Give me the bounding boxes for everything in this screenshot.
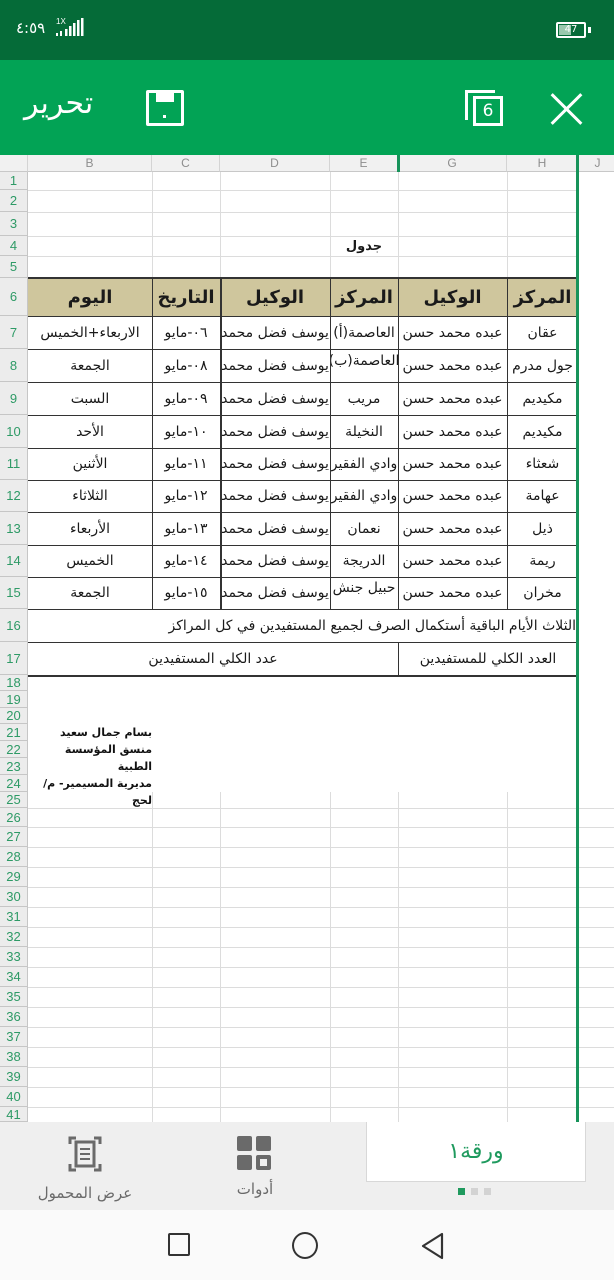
recents-icon[interactable] bbox=[168, 1233, 190, 1256]
table-cell[interactable]: ٠٨-مايو bbox=[152, 349, 220, 382]
table-cell[interactable]: يوسف فضل محمد bbox=[220, 577, 330, 609]
table-cell[interactable]: وادي الفقير bbox=[330, 480, 398, 512]
table-cell[interactable]: يوسف فضل محمد bbox=[220, 415, 330, 448]
table-cell[interactable]: النخيلة bbox=[330, 415, 398, 448]
table-cell[interactable]: يوسف فضل محمد bbox=[220, 382, 330, 415]
row-header[interactable]: 34 bbox=[0, 967, 28, 987]
row-header[interactable]: 23 bbox=[0, 758, 28, 775]
table-cell[interactable]: ١١-مايو bbox=[152, 448, 220, 480]
table-cell[interactable]: عبده محمد حسن bbox=[398, 577, 507, 609]
page-dot bbox=[484, 1188, 491, 1195]
clock: ٤:٥٩ bbox=[16, 19, 45, 37]
table-cell[interactable]: مخران bbox=[507, 577, 578, 609]
table-cell[interactable]: ١٣-مايو bbox=[152, 512, 220, 545]
row-header[interactable]: 19 bbox=[0, 691, 28, 708]
row-header[interactable]: 26 bbox=[0, 808, 28, 827]
signal-icon: 1X bbox=[54, 16, 86, 40]
total-beneficiaries-cell[interactable]: عدد الكلي المستفيدين bbox=[28, 642, 398, 675]
header-cell-center[interactable]: المركز bbox=[507, 278, 578, 316]
row-header[interactable]: 41 bbox=[0, 1107, 28, 1122]
table-cell[interactable]: يوسف فضل محمد bbox=[220, 545, 330, 577]
row-header[interactable]: 33 bbox=[0, 947, 28, 967]
table-cell[interactable]: عبده محمد حسن bbox=[398, 382, 507, 415]
table-cell[interactable]: ذيل bbox=[507, 512, 578, 545]
table-cell[interactable]: يوسف فضل محمد bbox=[220, 448, 330, 480]
app-toolbar: تحرير 6 bbox=[0, 60, 614, 155]
table-cell[interactable]: نعمان bbox=[330, 512, 398, 545]
row-header[interactable]: 3 bbox=[0, 212, 28, 236]
table-cell[interactable]: عبده محمد حسن bbox=[398, 349, 507, 382]
table-cell[interactable]: عقان bbox=[507, 316, 578, 349]
table-cell[interactable]: ٠٦-مايو bbox=[152, 316, 220, 349]
header-cell-agent[interactable]: الوكيل bbox=[398, 278, 507, 316]
mobile-view-button[interactable]: عرض المحمول bbox=[20, 1136, 150, 1202]
row-header[interactable]: 12 bbox=[0, 480, 28, 512]
sheet-title-cell[interactable]: جدول bbox=[330, 236, 398, 256]
close-icon[interactable] bbox=[548, 90, 584, 126]
home-icon[interactable] bbox=[292, 1232, 318, 1259]
table-cell[interactable]: وادي الفقير bbox=[330, 448, 398, 480]
battery-tip bbox=[588, 27, 591, 33]
column-header-g[interactable]: G bbox=[398, 155, 507, 172]
table-cell[interactable]: ١٤-مايو bbox=[152, 545, 220, 577]
table-cell[interactable]: الأحد bbox=[28, 415, 152, 448]
table-cell[interactable]: يوسف فضل محمد bbox=[220, 349, 330, 382]
table-cell[interactable]: العاصمة(ب) bbox=[330, 349, 398, 382]
row-header[interactable]: 1 bbox=[0, 172, 28, 190]
table-cell[interactable]: مكيديم bbox=[507, 415, 578, 448]
row-header[interactable]: 22 bbox=[0, 741, 28, 758]
row-header[interactable]: 21 bbox=[0, 724, 28, 741]
edit-button[interactable]: تحرير bbox=[24, 86, 93, 121]
column-header-c[interactable]: C bbox=[152, 155, 220, 172]
row-header[interactable]: 5 bbox=[0, 256, 28, 278]
row-header[interactable]: 31 bbox=[0, 907, 28, 927]
save-icon[interactable] bbox=[146, 90, 184, 126]
table-cell[interactable]: ١٢-مايو bbox=[152, 480, 220, 512]
table-cell[interactable]: عبده محمد حسن bbox=[398, 415, 507, 448]
battery-level: 47 bbox=[565, 24, 578, 35]
table-cell[interactable]: عهامة bbox=[507, 480, 578, 512]
table-cell[interactable]: ١٥-مايو bbox=[152, 577, 220, 609]
row-header[interactable]: 40 bbox=[0, 1087, 28, 1107]
signature-title: منسق المؤسسة الطبية bbox=[34, 741, 152, 775]
tabs-icon[interactable]: 6 bbox=[465, 90, 505, 128]
select-all-corner[interactable] bbox=[0, 155, 28, 172]
row-header[interactable]: 7 bbox=[0, 316, 28, 349]
bottom-bar: عرض المحمول أدوات ورقة١ bbox=[0, 1122, 614, 1210]
table-cell[interactable]: الجمعة bbox=[28, 349, 152, 382]
row-header[interactable]: 29 bbox=[0, 867, 28, 887]
row-header[interactable]: 4 bbox=[0, 236, 28, 256]
table-cell[interactable]: يوسف فضل محمد bbox=[220, 316, 330, 349]
table-cell[interactable]: عبده محمد حسن bbox=[398, 316, 507, 349]
column-header-j[interactable]: J bbox=[578, 155, 614, 172]
row-header[interactable]: 20 bbox=[0, 708, 28, 724]
status-bar: ٤:٥٩ 1X 47 bbox=[0, 0, 614, 60]
table-cell[interactable]: العاصمة(أ) bbox=[330, 316, 398, 349]
column-header-d[interactable]: D bbox=[220, 155, 330, 172]
svg-text:1X: 1X bbox=[56, 17, 66, 26]
note-cell[interactable]: الثلاث الأيام الباقية أستكمال الصرف لجمي… bbox=[28, 609, 578, 642]
open-tabs-count: 6 bbox=[473, 96, 503, 126]
table-cell[interactable]: الجمعة bbox=[28, 577, 152, 609]
table-cell[interactable]: شعثاء bbox=[507, 448, 578, 480]
row-header[interactable]: 14 bbox=[0, 545, 28, 577]
freeze-marker bbox=[397, 155, 400, 172]
table-cell[interactable]: الدريجة bbox=[330, 545, 398, 577]
tools-label: أدوات bbox=[190, 1180, 320, 1198]
page-dot-active bbox=[458, 1188, 465, 1195]
mobile-view-icon bbox=[68, 1136, 102, 1172]
table-cell[interactable]: عبده محمد حسن bbox=[398, 512, 507, 545]
column-header-h[interactable]: H bbox=[507, 155, 578, 172]
row-header[interactable]: 2 bbox=[0, 190, 28, 212]
table-cell[interactable]: جول مدرم bbox=[507, 349, 578, 382]
back-icon[interactable] bbox=[420, 1232, 446, 1260]
row-header[interactable]: 25 bbox=[0, 792, 28, 808]
row-header[interactable]: 32 bbox=[0, 927, 28, 947]
table-cell[interactable]: عبده محمد حسن bbox=[398, 545, 507, 577]
table-cell[interactable]: الخميس bbox=[28, 545, 152, 577]
table-cell[interactable]: ٠٩-مايو bbox=[152, 382, 220, 415]
freeze-pane-line[interactable] bbox=[576, 155, 579, 1122]
page-dot bbox=[471, 1188, 478, 1195]
page-indicator bbox=[458, 1188, 491, 1195]
mobile-view-label: عرض المحمول bbox=[20, 1184, 150, 1202]
system-nav-bar bbox=[0, 1210, 614, 1280]
battery-icon: 47 bbox=[556, 22, 586, 38]
table-cell[interactable]: مريب bbox=[330, 382, 398, 415]
spreadsheet-grid[interactable]: B C D E G H J 1 2 3 4 5 6 7 8 9 10 11 12… bbox=[0, 155, 614, 1122]
signature-name: بسام جمال سعيد bbox=[34, 724, 152, 741]
header-cell-agent-2[interactable]: الوكيل bbox=[220, 278, 330, 316]
row-header[interactable]: 11 bbox=[0, 448, 28, 480]
header-cell-day[interactable]: اليوم bbox=[28, 278, 152, 316]
table-cell[interactable]: الاربعاء+الخميس bbox=[28, 316, 152, 349]
table-cell[interactable]: ١٠-مايو bbox=[152, 415, 220, 448]
signature-office: مديرية المسيمير- م/لحج bbox=[34, 775, 152, 809]
header-cell-date[interactable]: التاريخ bbox=[152, 278, 220, 316]
table-cell[interactable]: مكيديم bbox=[507, 382, 578, 415]
header-cell-center-2[interactable]: المركز bbox=[330, 278, 398, 316]
row-header[interactable]: 10 bbox=[0, 415, 28, 448]
row-header[interactable]: 27 bbox=[0, 827, 28, 847]
tools-icon bbox=[237, 1136, 273, 1172]
table-cell[interactable]: الأثنين bbox=[28, 448, 152, 480]
row-header[interactable]: 9 bbox=[0, 382, 28, 415]
row-header[interactable]: 30 bbox=[0, 887, 28, 907]
row-header[interactable]: 28 bbox=[0, 847, 28, 867]
row-header[interactable]: 39 bbox=[0, 1067, 28, 1087]
row-header[interactable]: 18 bbox=[0, 675, 28, 691]
row-header[interactable]: 17 bbox=[0, 642, 28, 675]
row-header[interactable]: 15 bbox=[0, 577, 28, 609]
table-cell[interactable]: عبده محمد حسن bbox=[398, 480, 507, 512]
table-cell[interactable]: ريمة bbox=[507, 545, 578, 577]
table-cell[interactable]: الأربعاء bbox=[28, 512, 152, 545]
total-beneficiaries-label[interactable]: العدد الكلي للمستفيدين bbox=[398, 642, 578, 675]
row-header[interactable]: 8 bbox=[0, 349, 28, 382]
row-header[interactable]: 6 bbox=[0, 278, 28, 316]
table-cell[interactable]: عبده محمد حسن bbox=[398, 448, 507, 480]
signature-block[interactable]: بسام جمال سعيد منسق المؤسسة الطبية مديري… bbox=[34, 724, 152, 809]
row-header[interactable]: 36 bbox=[0, 1007, 28, 1027]
row-header[interactable]: 37 bbox=[0, 1027, 28, 1047]
column-header-b[interactable]: B bbox=[28, 155, 152, 172]
table-cell[interactable]: يوسف فضل محمد bbox=[220, 480, 330, 512]
row-header[interactable]: 38 bbox=[0, 1047, 28, 1067]
row-header[interactable]: 35 bbox=[0, 987, 28, 1007]
sheet-tab-1[interactable]: ورقة١ bbox=[366, 1122, 586, 1182]
table-cell[interactable]: الثلاثاء bbox=[28, 480, 152, 512]
row-header[interactable]: 16 bbox=[0, 609, 28, 642]
row-header[interactable]: 13 bbox=[0, 512, 28, 545]
column-header-e[interactable]: E bbox=[330, 155, 398, 172]
table-cell[interactable]: السبت bbox=[28, 382, 152, 415]
table-cell[interactable]: يوسف فضل محمد bbox=[220, 512, 330, 545]
table-cell[interactable]: حبيل جنش bbox=[330, 577, 398, 609]
row-header[interactable]: 24 bbox=[0, 775, 28, 792]
tools-button[interactable]: أدوات bbox=[190, 1136, 320, 1198]
